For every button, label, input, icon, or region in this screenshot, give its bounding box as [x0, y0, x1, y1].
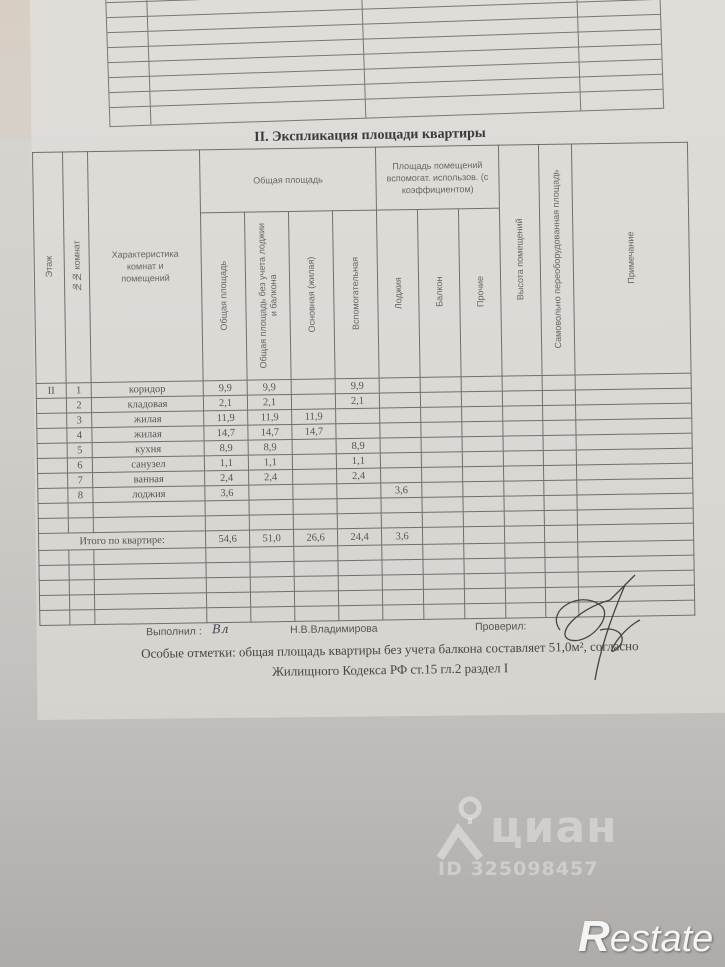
empty-cell [39, 565, 69, 580]
previous-table-fragment [105, 0, 664, 127]
header-area-excl: Общая площадь без учета лоджии и балкона [244, 211, 291, 380]
total-empty-cell [463, 526, 504, 544]
empty-cell [207, 607, 251, 623]
empty-cell [464, 543, 505, 559]
empty-cell [546, 602, 579, 618]
cell-aux: 9,9 [335, 378, 379, 394]
empty-cell [69, 550, 94, 565]
empty-cell [69, 580, 94, 595]
empty-cell [545, 587, 578, 603]
total-loggia: 3,6 [381, 527, 422, 545]
cell-height [504, 481, 544, 497]
cell-balcony [420, 377, 461, 393]
empty-cell [250, 576, 294, 592]
cell-balcony [420, 392, 461, 408]
location-pin-icon [430, 790, 490, 860]
cell-excl [249, 514, 293, 530]
cell-name [93, 516, 205, 533]
cell-no: 1 [66, 383, 91, 398]
cell-other [463, 496, 504, 512]
empty-cell [338, 560, 382, 576]
cell-total: 9,9 [203, 380, 247, 396]
cell-other [462, 436, 503, 452]
cell-main: 14,7 [292, 424, 336, 440]
empty-cell [206, 577, 250, 593]
empty-cell [69, 595, 94, 610]
explication-table: Этаж №№ комнат Характеристика комнат и п… [32, 142, 695, 626]
cell-excl: 8,9 [248, 439, 292, 455]
empty-cell [423, 544, 464, 560]
cell-other [462, 421, 503, 437]
empty-cell [39, 550, 69, 565]
cell-loggia [379, 377, 420, 393]
cell-total: 2,4 [205, 470, 249, 486]
cell-unauth [544, 510, 577, 526]
cell-loggia [380, 407, 421, 423]
cell-no: 4 [67, 428, 92, 443]
empty-cell [69, 565, 94, 580]
empty-cell [423, 589, 464, 605]
cell-unauth [542, 375, 575, 391]
cell-aux: 1,1 [336, 453, 380, 469]
empty-cell [382, 559, 423, 575]
empty-cell [338, 590, 382, 606]
cell-no: 3 [67, 413, 92, 428]
empty-cell [250, 546, 294, 562]
empty-cell [465, 603, 506, 619]
header-balcony: Балкон [417, 209, 461, 378]
cell-main [292, 454, 336, 470]
cell-other [463, 466, 504, 482]
header-total-area: Общая площадь [200, 212, 247, 381]
empty-cell [464, 588, 505, 604]
cell-unauth [543, 405, 576, 421]
restate-logo-text: estate [610, 918, 714, 960]
total-empty-cell [577, 523, 693, 542]
cell-total: 2,1 [203, 395, 247, 411]
cell-floor [37, 428, 67, 443]
performed-name: Н.В.Владимирова [290, 623, 378, 636]
cell-total: 11,9 [204, 410, 248, 426]
empty-cell [206, 592, 250, 608]
header-other: Прочие [458, 208, 502, 377]
cell-excl: 2,4 [249, 469, 293, 485]
cell-height [503, 436, 543, 452]
empty-cell [506, 602, 546, 618]
empty-cell [250, 591, 294, 607]
cell-excl [249, 499, 293, 515]
empty-cell [294, 591, 338, 607]
total-total: 54,6 [205, 530, 249, 548]
cell-name: лоджия [93, 486, 205, 503]
empty-cell [294, 546, 338, 562]
cell-loggia [380, 437, 421, 453]
empty-cell [294, 576, 338, 592]
empty-cell [70, 610, 95, 625]
cell-loggia [381, 497, 422, 513]
header-unauthorized: Самовольно переоборудованная площадь [539, 144, 576, 375]
header-note: Примечание [572, 142, 692, 375]
performed-signature: Вл [212, 622, 229, 636]
empty-cell [294, 561, 338, 577]
empty-cell [94, 563, 206, 580]
empty-cell [382, 589, 423, 605]
empty-cell [464, 573, 505, 589]
cell-floor [38, 488, 68, 503]
cell-floor [36, 398, 66, 413]
cell-name: кухня [92, 441, 204, 458]
cell-other [463, 481, 504, 497]
cell-no: 5 [67, 443, 92, 458]
cell-total: 1,1 [204, 455, 248, 471]
cell-floor [38, 503, 68, 518]
cell-balcony [422, 467, 463, 483]
header-height: Высота помещений [499, 145, 543, 377]
cell-no: 6 [67, 458, 92, 473]
header-total-area-group: Общая площадь [199, 147, 376, 213]
empty-cell [94, 578, 206, 595]
empty-cell [382, 544, 423, 560]
cell-balcony [422, 482, 463, 498]
cell-no: 7 [68, 473, 93, 488]
cell-unauth [543, 450, 576, 466]
cell-aux [337, 498, 381, 514]
cell-total [205, 500, 249, 516]
cell-unauth [543, 435, 576, 451]
cell-other [461, 376, 502, 392]
total-main: 26,6 [293, 529, 337, 547]
cell-height [502, 391, 542, 407]
cell-name: кладовая [91, 396, 203, 413]
cell-main: 11,9 [292, 409, 336, 425]
cell-excl: 14,7 [248, 424, 292, 440]
empty-cell [40, 610, 70, 625]
cian-listing-id: ID 325098457 [438, 858, 598, 880]
header-room-no: №№ комнат [63, 152, 92, 383]
cell-loggia: 3,6 [381, 482, 422, 498]
empty-cell [338, 545, 382, 561]
cell-name: санузел [92, 456, 204, 473]
empty-cell [382, 574, 423, 590]
cell-aux [337, 483, 381, 499]
total-excl: 51,0 [249, 529, 293, 547]
empty-cell [505, 557, 545, 573]
total-aux: 24,4 [337, 528, 381, 546]
cell-excl: 9,9 [247, 379, 291, 395]
empty-cell [206, 547, 250, 563]
cell-no: 8 [68, 488, 93, 503]
empty-cell [505, 542, 545, 558]
cell-loggia [381, 467, 422, 483]
cell-loggia [380, 452, 421, 468]
cian-brand: циан [490, 802, 618, 853]
empty-cell [545, 572, 578, 588]
cell-other [462, 406, 503, 422]
cell-height [503, 421, 543, 437]
empty-cell [424, 604, 465, 620]
cell-aux: 8,9 [336, 438, 380, 454]
empty-cell [251, 606, 295, 622]
cell-main [291, 394, 335, 410]
cell-loggia [380, 422, 421, 438]
cell-excl: 1,1 [248, 454, 292, 470]
empty-cell [505, 572, 545, 588]
cell-main [293, 484, 337, 500]
cell-unauth [544, 465, 577, 481]
empty-cell [579, 600, 695, 617]
empty-cell [339, 605, 383, 621]
cell-loggia [381, 512, 422, 528]
header-main-living: Основная (жилая) [288, 211, 335, 380]
cell-balcony [422, 497, 463, 513]
cell-balcony [422, 512, 463, 528]
empty-cell [338, 575, 382, 591]
header-auxiliary: Вспомогательная [332, 210, 379, 379]
cell-other [461, 391, 502, 407]
empty-cell [423, 559, 464, 575]
empty-cell [295, 606, 339, 622]
cell-name: жилая [92, 426, 204, 443]
cell-no [68, 518, 93, 533]
cell-unauth [543, 420, 576, 436]
cell-floor [38, 473, 68, 488]
cell-total [205, 515, 249, 531]
cell-name: ванная [93, 471, 205, 488]
header-floor: Этаж [33, 152, 67, 383]
cell-other [463, 511, 504, 527]
header-description: Характеристика комнат и помещений [88, 150, 204, 383]
cell-balcony [421, 407, 462, 423]
cell-total: 3,6 [205, 485, 249, 501]
empty-cell [545, 542, 578, 558]
checked-label: Проверил: [475, 620, 526, 633]
restate-logo: Restate [578, 912, 725, 967]
cell-aux [336, 408, 380, 424]
cell-aux [336, 423, 380, 439]
cell-total: 14,7 [204, 425, 248, 441]
cell-name: жилая [92, 411, 204, 428]
header-loggia: Лоджия [376, 209, 420, 378]
cell-aux [337, 513, 381, 529]
cell-height [502, 376, 542, 392]
cell-excl: 2,1 [247, 394, 291, 410]
header-aux-group: Площадь помещений вспомогат. использов. … [375, 145, 499, 210]
cell-floor [38, 518, 68, 533]
cell-height [503, 406, 543, 422]
empty-cell [39, 580, 69, 595]
cell-unauth [544, 495, 577, 511]
empty-cell [94, 548, 206, 565]
empty-cell [250, 561, 294, 577]
cell-aux: 2,4 [337, 468, 381, 484]
empty-cell [94, 593, 206, 610]
restate-logo-r: R [578, 912, 610, 961]
cell-excl [249, 484, 293, 500]
empty-cell [39, 595, 69, 610]
cell-aux: 2,1 [335, 393, 379, 409]
empty-cell [383, 604, 424, 620]
cell-floor: II [36, 383, 66, 398]
total-empty-cell [504, 525, 544, 543]
empty-cell [464, 558, 505, 574]
cell-main [293, 469, 337, 485]
cell-no: 2 [66, 398, 91, 413]
cell-name: коридор [91, 381, 203, 398]
cell-balcony [421, 452, 462, 468]
cell-unauth [542, 390, 575, 406]
cell-height [504, 466, 544, 482]
cell-balcony [421, 437, 462, 453]
empty-cell [95, 608, 207, 625]
cell-other [462, 451, 503, 467]
empty-cell [545, 557, 578, 573]
cell-main [293, 514, 337, 530]
empty-cell [423, 574, 464, 590]
performed-label: Выполнил : [146, 625, 202, 638]
cell-floor [37, 443, 67, 458]
cell-name [93, 501, 205, 518]
cell-no [68, 503, 93, 518]
empty-cell [206, 562, 250, 578]
cell-floor [37, 458, 67, 473]
cell-floor [37, 413, 67, 428]
cell-balcony [421, 422, 462, 438]
cell-main [293, 499, 337, 515]
empty-cell [505, 587, 545, 603]
total-empty-cell [422, 527, 463, 545]
cell-loggia [379, 392, 420, 408]
cell-height [504, 510, 544, 526]
cell-total: 8,9 [204, 440, 248, 456]
cell-unauth [544, 480, 577, 496]
cell-main [292, 439, 336, 455]
total-empty-cell [544, 525, 577, 543]
cell-height [504, 495, 544, 511]
cell-excl: 11,9 [248, 409, 292, 425]
cell-main [291, 379, 335, 395]
cell-height [503, 451, 543, 467]
